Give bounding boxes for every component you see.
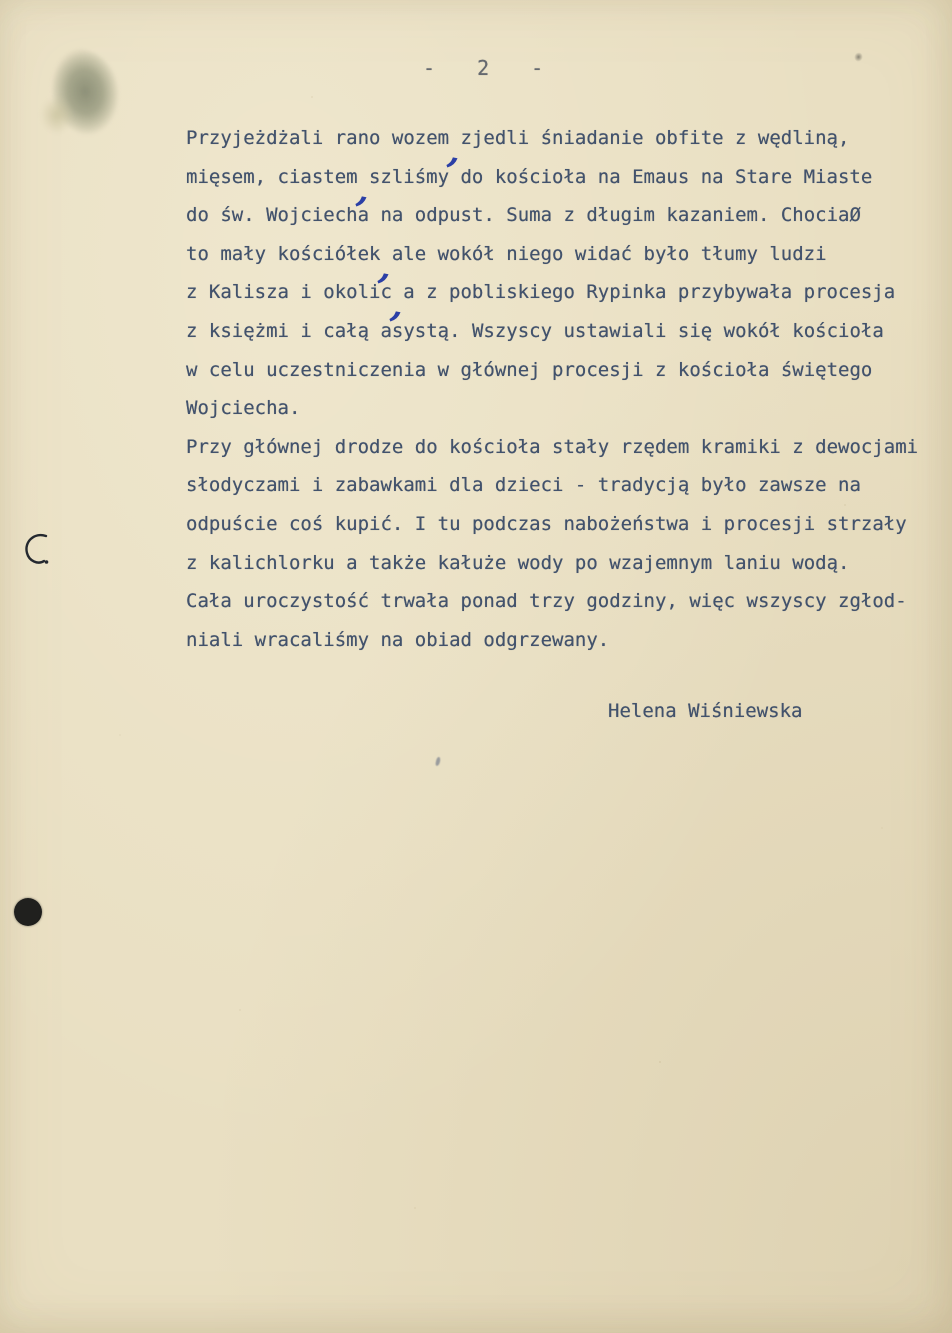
comma-glyph: , [380, 262, 393, 274]
hole-punch-mark [14, 898, 42, 926]
text-line: z Kalisza i okolic,a z pobliskiego Rypin… [186, 273, 918, 312]
typed-segment: zjedli śniadanie obfite z wędliną, [461, 127, 850, 149]
typed-segment: szliśmy do kościoła na Emaus na Stare Mi… [369, 166, 872, 188]
signature: Helena Wiśniewska [608, 700, 802, 722]
text-line: z księżmi i całą asystą. Wszyscy ustawia… [186, 312, 918, 351]
paper-speck-mark [853, 51, 865, 63]
crescent-end-dot [45, 560, 49, 564]
typed-segment: z Kalisza i okolic [186, 281, 392, 303]
text-line: Przyjeżdżali rano wozem,zjedli śniadanie… [186, 119, 918, 158]
typed-segment: mięsem, ciastem [186, 166, 358, 188]
typed-segment: niali wracaliśmy na obiad odgrzewany. [186, 629, 609, 651]
typed-segment: to mały kościółek [186, 243, 380, 265]
typed-text: Przyjeżdżali rano wozem,zjedli śniadanie… [186, 119, 918, 659]
ink-stain-light-edge [40, 95, 74, 135]
comma-glyph: , [357, 185, 370, 197]
text-line: z kalichlorku a także kałuże wody po wza… [186, 544, 918, 583]
text-line: do św. Wojciecha na odpust. Suma z długi… [186, 196, 918, 235]
typed-segment: a z pobliskiego Rypinka przybywała proce… [403, 281, 895, 303]
text-line: niali wracaliśmy na obiad odgrzewany. [186, 621, 918, 660]
typed-segment: Przyjeżdżali rano wozem [186, 127, 449, 149]
page-number: - 2 - [423, 56, 558, 80]
text-line: mięsem, ciastem,szliśmy do kościoła na E… [186, 158, 918, 197]
text-line: Przy głównej drodze do kościoła stały rz… [186, 428, 918, 467]
typed-segment: z kalichlorku a także kałuże wody po wza… [186, 552, 849, 574]
typed-segment: Przy głównej drodze do kościoła stały rz… [186, 436, 918, 458]
stray-ink-dot [435, 757, 441, 767]
typed-segment: do św. Wojciecha na odpust. Suma z długi… [186, 204, 861, 226]
scanned-page: - 2 - Przyjeżdżali rano wozem,zjedli śni… [0, 0, 952, 1333]
handwritten-crescent-mark [20, 530, 56, 576]
typed-segment: ale wokół niego widać było tłumy ludzi [392, 243, 827, 265]
comma-glyph: , [391, 300, 404, 312]
typed-segment: słodyczami i zabawkami dla dzieci - trad… [186, 474, 861, 496]
text-line: słodyczami i zabawkami dla dzieci - trad… [186, 466, 918, 505]
typed-segment: w celu uczestniczenia w głównej procesji… [186, 359, 872, 381]
text-line: Wojciecha. [186, 389, 918, 428]
typed-segment: Cała uroczystość trwała ponad trzy godzi… [186, 590, 907, 612]
text-line: Cała uroczystość trwała ponad trzy godzi… [186, 582, 918, 621]
typed-segment: odpuście coś kupić. I tu podczas nabożeń… [186, 513, 907, 535]
text-line: to mały kościółek,ale wokół niego widać … [186, 235, 918, 274]
comma-glyph: , [448, 146, 461, 158]
text-line: w celu uczestniczenia w głównej procesji… [186, 351, 918, 390]
text-line: odpuście coś kupić. I tu podczas nabożeń… [186, 505, 918, 544]
typed-segment: Wojciecha. [186, 397, 300, 419]
typed-segment: z księżmi i całą asystą. Wszyscy ustawia… [186, 320, 884, 342]
